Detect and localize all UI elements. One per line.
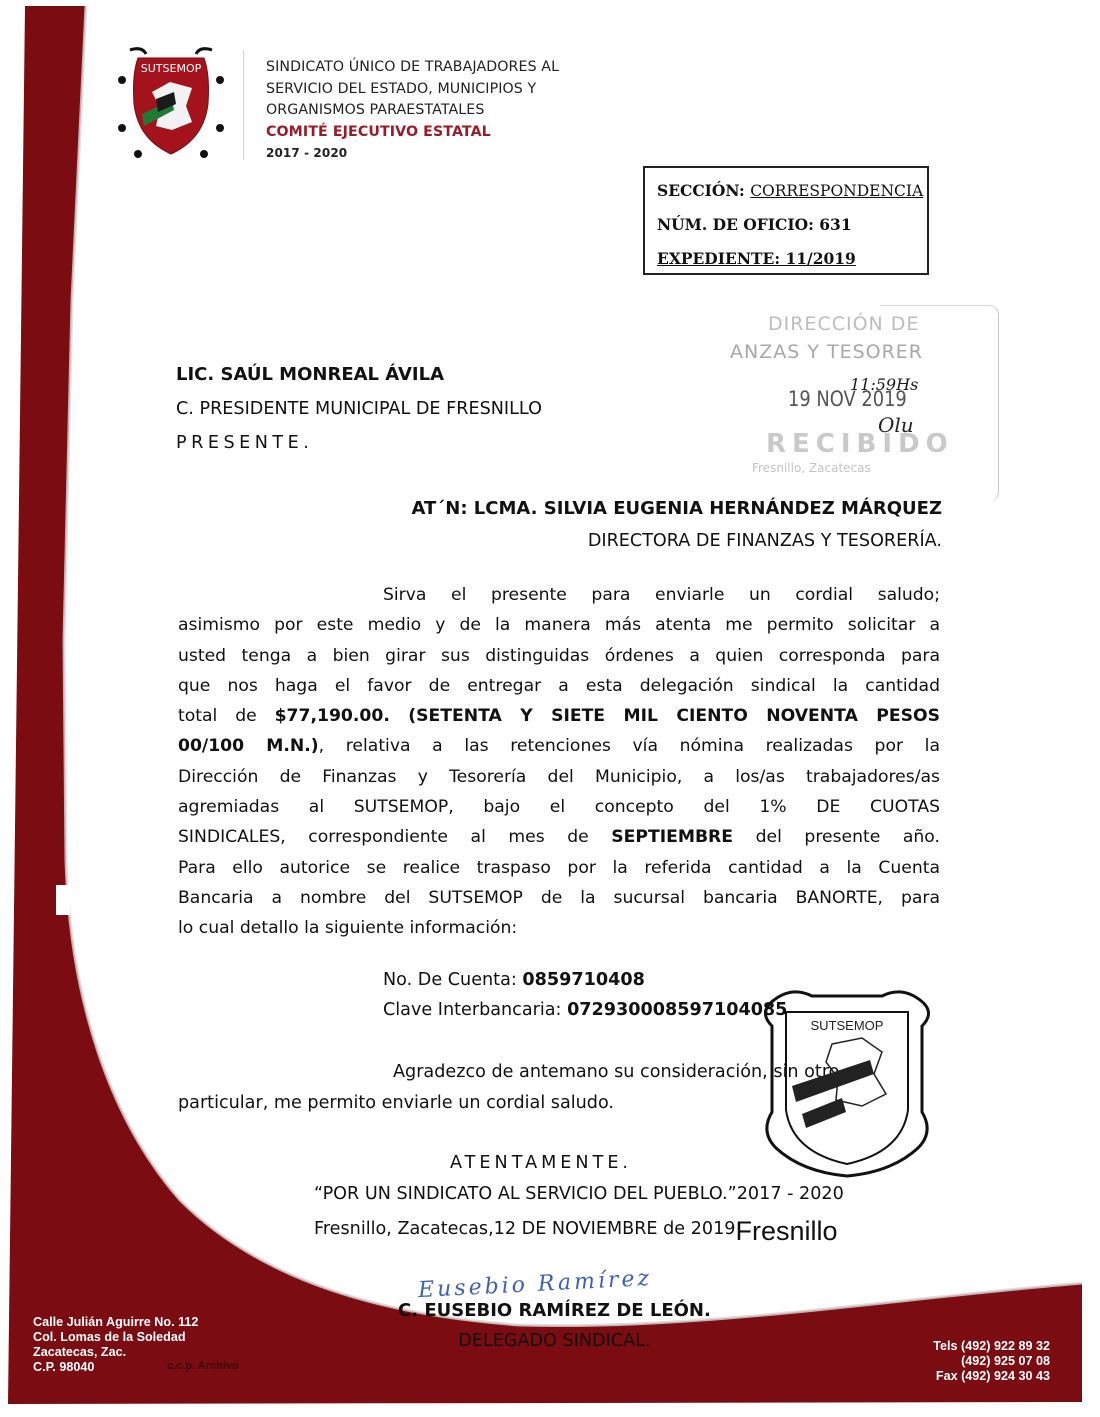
month-text: SEPTIEMBRE — [611, 827, 733, 847]
stamp-date: 19 NOV 2019 — [788, 387, 907, 411]
fax-number: Fax (492) 924 30 43 — [933, 1369, 1050, 1384]
oficio-number: 631 — [819, 215, 851, 234]
org-name-line3: ORGANISMOS PARAESTATALES — [266, 100, 559, 122]
letter-page: SUTSEMOP SINDICATO ÚNICO DE TRABAJADORES… — [0, 0, 1100, 1417]
reference-box: SECCIÓN: CORRESPONDENCIA NÚM. DE OFICIO:… — [643, 166, 929, 275]
received-stamp: DIRECCIÓN DE ANZAS Y TESORER 11:59Hs 19 … — [730, 305, 1000, 505]
sutsemop-logo: SUTSEMOP — [112, 44, 230, 162]
ccp-archive-note: c.c.p. Archivo — [167, 1360, 239, 1372]
attention-block: AT´N: LCMA. SILVIA EUGENIA HERNÁNDEZ MÁR… — [411, 493, 942, 557]
phone-1: Tels (492) 922 89 32 — [933, 1339, 1050, 1354]
signer-name: C. EUSEBIO RAMÍREZ DE LEÓN. — [398, 1296, 711, 1326]
committee-period: 2017 - 2020 — [266, 143, 559, 165]
body-paragraph: Sirva el presente para enviarle un cordi… — [178, 580, 940, 944]
amount-text: $77,190.00. (SETENTA Y SIETE MIL CIENTO … — [275, 706, 940, 726]
closing-block: ATENTAMENTE. “POR UN SINDICATO AL SERVIC… — [314, 1148, 844, 1245]
phone-2: (492) 925 07 08 — [933, 1354, 1050, 1369]
account-number-row: No. De Cuenta: 0859710408 — [383, 965, 787, 995]
org-name-line2: SERVICIO DEL ESTADO, MUNICIPIOS Y — [266, 79, 559, 101]
attention-title: DIRECTORA DE FINANZAS Y TESORERÍA. — [411, 525, 942, 557]
section-row: SECCIÓN: CORRESPONDENCIA — [657, 174, 927, 208]
svg-text:SUTSEMOP: SUTSEMOP — [811, 1018, 884, 1033]
clabe-row: Clave Interbancaria: 072930008597104085 — [383, 995, 787, 1025]
committee-name: COMITÉ EJECUTIVO ESTATAL — [266, 122, 559, 144]
seal-city-text: Fresnillo — [736, 1216, 838, 1246]
place-and-date: Fresnillo, Zacatecas,12 DE NOVIEMBRE de … — [314, 1210, 844, 1245]
oficio-row: NÚM. DE OFICIO: 631 — [657, 208, 927, 242]
expediente-number: 11/2019 — [785, 249, 855, 268]
org-name-line1: SINDICATO ÚNICO DE TRABAJADORES AL — [266, 57, 559, 79]
union-motto: “POR UN SINDICATO AL SERVICIO DEL PUEBLO… — [314, 1179, 844, 1210]
atentamente-label: ATENTAMENTE. — [314, 1148, 844, 1179]
attention-name: AT´N: LCMA. SILVIA EUGENIA HERNÁNDEZ MÁR… — [411, 493, 942, 525]
signer-title: DELEGADO SINDICAL. — [398, 1326, 711, 1356]
thanks-block: Agradezco de antemano su consideración, … — [178, 1057, 839, 1119]
footer-phones: Tels (492) 922 89 32 (492) 925 07 08 Fax… — [933, 1339, 1050, 1384]
section-value: CORRESPONDENCIA — [750, 182, 923, 200]
expediente-row: EXPEDIENTE: 11/2019 — [657, 242, 927, 276]
recipient-title: C. PRESIDENTE MUNICIPAL DE FRESNILLO — [176, 392, 542, 426]
bank-details: No. De Cuenta: 0859710408 Clave Interban… — [383, 965, 787, 1025]
organization-header: SINDICATO ÚNICO DE TRABAJADORES AL SERVI… — [266, 57, 559, 165]
signer-block: C. EUSEBIO RAMÍREZ DE LEÓN. DELEGADO SIN… — [398, 1296, 711, 1356]
header-divider — [243, 50, 244, 160]
svg-text:SUTSEMOP: SUTSEMOP — [141, 62, 202, 75]
account-number: 0859710408 — [522, 970, 644, 990]
recipient-block: LIC. SAÚL MONREAL ÁVILA C. PRESIDENTE MU… — [176, 358, 542, 460]
presente-label: PRESENTE. — [176, 426, 542, 460]
recipient-name: LIC. SAÚL MONREAL ÁVILA — [176, 358, 542, 392]
